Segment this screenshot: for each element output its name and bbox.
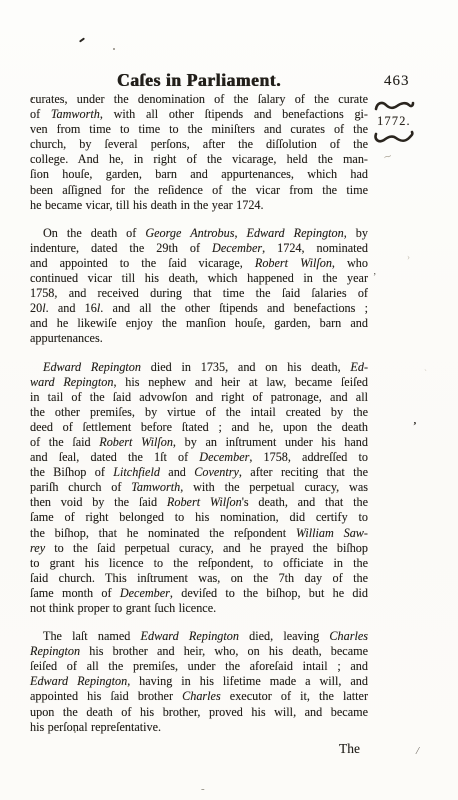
text-line: the biſhop, that he nominated the reſpon… bbox=[30, 526, 368, 541]
text-line: of Tamworth, with all other ſtipends and… bbox=[30, 107, 368, 122]
text-line: Repington his brother and heir, who, on … bbox=[30, 644, 368, 659]
paragraph: The laſt named Edward Repington died, le… bbox=[30, 629, 368, 735]
text-line: and he likewiſe enjoy the manſion houſe,… bbox=[30, 316, 368, 331]
text-line: curates, under the denomination of the ſ… bbox=[30, 92, 368, 107]
squiggle-bottom-icon bbox=[373, 129, 415, 145]
paragraph: Edward Repington died in 1735, and on hi… bbox=[30, 360, 368, 617]
text-line: ward Repington, his nephew and heir at l… bbox=[30, 375, 368, 390]
ink-speck: / bbox=[416, 745, 419, 757]
text-line: in tail of the ſaid advowſon and right o… bbox=[30, 390, 368, 405]
text-line: college. And he, in right of the vicarag… bbox=[30, 152, 368, 167]
text-line: ſeiſed of all the premiſes, under the af… bbox=[30, 659, 368, 674]
text-line: ſame of right belonged to his nomination… bbox=[30, 510, 368, 525]
margin-year-label: 1772. bbox=[377, 114, 411, 128]
ink-speck: › bbox=[407, 252, 410, 262]
text-line: not think proper to grant ſuch licence. bbox=[30, 601, 368, 616]
page-number: 463 bbox=[384, 72, 410, 90]
text-line: ſion houſe, garden, barn and appurtenanc… bbox=[30, 167, 368, 182]
text-line: Edward Repington died in 1735, and on hi… bbox=[30, 360, 368, 375]
text-line: 20l. and 16l. and all the other ſtipends… bbox=[30, 301, 368, 316]
ink-speck: ’ bbox=[373, 272, 376, 283]
ink-speck: ` bbox=[424, 368, 427, 378]
paragraph: On the death of George Antrobus, Edward … bbox=[30, 226, 368, 347]
ink-speck bbox=[113, 48, 115, 50]
text-line: and ſeal, dated the 1ſt of December, 175… bbox=[30, 450, 368, 465]
book-page: Caſes in Parliament. 463 1772. curates, … bbox=[0, 0, 458, 800]
text-line: then void by the ſaid Robert Wilſon's de… bbox=[30, 495, 368, 510]
catchword: The bbox=[339, 741, 360, 757]
text-line: and appointed to the ſaid vicarage, Robe… bbox=[30, 256, 368, 271]
text-line: rey to the ſaid perpetual curacy, and he… bbox=[30, 541, 368, 556]
text-line: upon the death of his brother, proved hi… bbox=[30, 705, 368, 720]
text-line: The laſt named Edward Repington died, le… bbox=[30, 629, 368, 644]
text-line: appurtenances. bbox=[30, 331, 368, 346]
text-line: ſaid church. This inſtrument was, on the… bbox=[30, 571, 368, 586]
text-line: the other premiſes, by virtue of the int… bbox=[30, 405, 368, 420]
text-line: been aſſigned for the reſidence of the v… bbox=[30, 183, 368, 198]
margin-note-year: 1772. bbox=[369, 98, 419, 145]
ink-speck: ∼ bbox=[382, 149, 394, 164]
page-title: Caſes in Parliament. bbox=[117, 70, 281, 90]
text-line: Edward Repington, having in his lifetime… bbox=[30, 674, 368, 689]
running-head: Caſes in Parliament. bbox=[30, 70, 368, 91]
text-line: On the death of George Antrobus, Edward … bbox=[30, 226, 368, 241]
text-line: indenture, dated the 29th of December, 1… bbox=[30, 241, 368, 256]
ink-speck: - bbox=[201, 783, 205, 795]
text-line: to grant his licence to the reſpondent, … bbox=[30, 556, 368, 571]
text-line: church, by ſeveral perſons, after the di… bbox=[30, 137, 368, 152]
text-line: he became vicar, till his death in the y… bbox=[30, 198, 368, 213]
ink-speck: ’ bbox=[413, 420, 417, 432]
text-line: the Biſhop of Litchfield and Coventry, a… bbox=[30, 465, 368, 480]
text-line: pariſh church of Tamworth, with the perp… bbox=[30, 480, 368, 495]
text-line: deed of ſettlement before ſtated ; and h… bbox=[30, 420, 368, 435]
text-line: appointed his ſaid brother Charles execu… bbox=[30, 689, 368, 704]
text-line: of the ſaid Robert Wilſon, by an inſtrum… bbox=[30, 435, 368, 450]
text-line: 1758, and received during that time the … bbox=[30, 286, 368, 301]
squiggle-top-icon bbox=[373, 98, 415, 113]
paragraph: curates, under the denomination of the ſ… bbox=[30, 92, 368, 213]
text-line: ſame month of December, deviſed to the b… bbox=[30, 586, 368, 601]
page-body: curates, under the denomination of the ſ… bbox=[30, 92, 368, 748]
ink-speck bbox=[79, 37, 85, 42]
text-line: continued vicar till his death, which ha… bbox=[30, 271, 368, 286]
text-line: his perſonal repreſentative. bbox=[30, 720, 368, 735]
text-line: ven from time to time to the miniſters a… bbox=[30, 122, 368, 137]
